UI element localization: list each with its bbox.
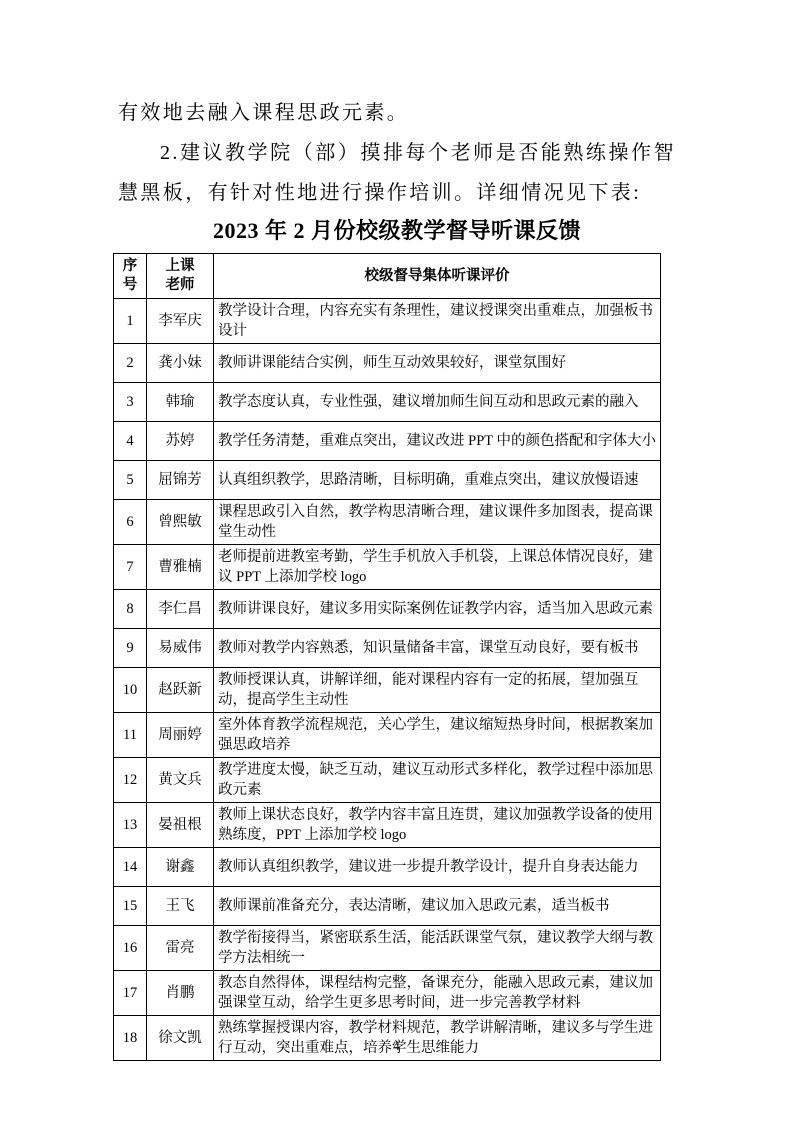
table-row: 9易威伟教师对教学内容熟悉，知识量储备丰富，课堂互动良好，要有板书 <box>114 629 661 668</box>
header-evaluation: 校级督导集体听课评价 <box>214 254 661 299</box>
table-row: 7曹雅楠老师提前进教室考勤，学生手机放入手机袋，上课总体情况良好，建议 PPT … <box>114 545 661 590</box>
table-row: 17肖鹏教态自然得体，课程结构完整，备课充分，能融入思政元素，建议加强课堂互动，… <box>114 971 661 1016</box>
evaluation-cell: 教学进度太慢，缺乏互动，建议互动形式多样化，教学过程中添加思政元素 <box>214 758 661 803</box>
table-row: 13晏祖根教师上课状态良好，教学内容丰富且连贯，建议加强教学设备的使用熟练度，P… <box>114 803 661 848</box>
teacher-name-cell: 雷亮 <box>147 926 214 971</box>
evaluation-cell: 教师上课状态良好，教学内容丰富且连贯，建议加强教学设备的使用熟练度，PPT 上添… <box>214 803 661 848</box>
teacher-name-cell: 晏祖根 <box>147 803 214 848</box>
teacher-name-cell: 龚小妹 <box>147 344 214 383</box>
table-header-row: 序 号 上课 老师 校级督导集体听课评价 <box>114 254 661 299</box>
table-body: 1李军庆教学设计合理，内容充实有条理性，建议授课突出重难点，加强板书设计2龚小妹… <box>114 299 661 1061</box>
header-teacher: 上课 老师 <box>147 254 214 299</box>
evaluation-cell: 认真组织教学，思路清晰，目标明确，重难点突出，建议放慢语速 <box>214 461 661 500</box>
teacher-name-cell: 易威伟 <box>147 629 214 668</box>
teacher-name-cell: 韩瑜 <box>147 383 214 422</box>
teacher-name-cell: 王飞 <box>147 887 214 926</box>
teacher-name-cell: 李仁昌 <box>147 590 214 629</box>
evaluation-cell: 教师授课认真，讲解详细，能对课程内容有一定的拓展，望加强互动，提高学生主动性 <box>214 668 661 713</box>
row-number-cell: 6 <box>114 500 147 545</box>
evaluation-cell: 教学任务清楚，重难点突出，建议改进 PPT 中的颜色搭配和字体大小 <box>214 422 661 461</box>
evaluation-cell: 课程思政引入自然，教学构思清晰合理，建议课件多加图表，提高课堂生动性 <box>214 500 661 545</box>
table-row: 11周丽婷室外体育教学流程规范，关心学生，建议缩短热身时间，根据教案加强思政培养 <box>114 713 661 758</box>
row-number-cell: 5 <box>114 461 147 500</box>
evaluation-cell: 室外体育教学流程规范，关心学生，建议缩短热身时间，根据教案加强思政培养 <box>214 713 661 758</box>
paragraph-continuation: 有效地去融入课程思政元素。 <box>118 93 676 133</box>
table-row: 14谢鑫教师认真组织教学，建议进一步提升教学设计，提升自身表达能力 <box>114 848 661 887</box>
evaluation-cell: 教态自然得体，课程结构完整，备课充分，能融入思政元素，建议加强课堂互动，给学生更… <box>214 971 661 1016</box>
row-number-cell: 10 <box>114 668 147 713</box>
row-number-cell: 17 <box>114 971 147 1016</box>
teacher-name-cell: 周丽婷 <box>147 713 214 758</box>
teacher-name-cell: 曾熙敏 <box>147 500 214 545</box>
row-number-cell: 3 <box>114 383 147 422</box>
paragraph-suggestion-2: 2.建议教学院（部）摸排每个老师是否能熟练操作智慧黑板，有针对性地进行操作培训。… <box>118 133 676 213</box>
evaluation-cell: 教师对教学内容熟悉，知识量储备丰富，课堂互动良好，要有板书 <box>214 629 661 668</box>
row-number-cell: 12 <box>114 758 147 803</box>
row-number-cell: 16 <box>114 926 147 971</box>
row-number-cell: 2 <box>114 344 147 383</box>
evaluation-cell: 教学衔接得当，紧密联系生活，能活跃课堂气氛，建议教学大纲与教学方法相统一 <box>214 926 661 971</box>
header-serial-number: 序 号 <box>114 254 147 299</box>
table-row: 12黄文兵教学进度太慢，缺乏互动，建议互动形式多样化，教学过程中添加思政元素 <box>114 758 661 803</box>
table-row: 1李军庆教学设计合理，内容充实有条理性，建议授课突出重难点，加强板书设计 <box>114 299 661 344</box>
document-body: 有效地去融入课程思政元素。 2.建议教学院（部）摸排每个老师是否能熟练操作智慧黑… <box>118 93 676 1061</box>
table-row: 15王飞教师课前准备充分，表达清晰，建议加入思政元素，适当板书 <box>114 887 661 926</box>
row-number-cell: 13 <box>114 803 147 848</box>
teacher-name-cell: 黄文兵 <box>147 758 214 803</box>
table-row: 16雷亮教学衔接得当，紧密联系生活，能活跃课堂气氛，建议教学大纲与教学方法相统一 <box>114 926 661 971</box>
row-number-cell: 8 <box>114 590 147 629</box>
table-row: 8李仁昌教师讲课良好，建议多用实际案例佐证教学内容，适当加入思政元素 <box>114 590 661 629</box>
document-page: 有效地去融入课程思政元素。 2.建议教学院（部）摸排每个老师是否能熟练操作智慧黑… <box>0 0 793 1122</box>
row-number-cell: 9 <box>114 629 147 668</box>
teacher-name-cell: 肖鹏 <box>147 971 214 1016</box>
table-row: 6曾熙敏课程思政引入自然，教学构思清晰合理，建议课件多加图表，提高课堂生动性 <box>114 500 661 545</box>
row-number-cell: 4 <box>114 422 147 461</box>
row-number-cell: 1 <box>114 299 147 344</box>
teacher-name-cell: 赵跃新 <box>147 668 214 713</box>
teacher-name-cell: 苏婷 <box>147 422 214 461</box>
teacher-name-cell: 曹雅楠 <box>147 545 214 590</box>
teacher-name-cell: 屈锦芳 <box>147 461 214 500</box>
evaluation-cell: 教师课前准备充分，表达清晰，建议加入思政元素，适当板书 <box>214 887 661 926</box>
row-number-cell: 15 <box>114 887 147 926</box>
row-number-cell: 7 <box>114 545 147 590</box>
page-number: 4 <box>0 1038 793 1054</box>
table-row: 10赵跃新教师授课认真，讲解详细，能对课程内容有一定的拓展，望加强互动，提高学生… <box>114 668 661 713</box>
evaluation-cell: 教师讲课良好，建议多用实际案例佐证教学内容，适当加入思政元素 <box>214 590 661 629</box>
evaluation-cell: 教学态度认真，专业性强，建议增加师生间互动和思政元素的融入 <box>214 383 661 422</box>
table-row: 3韩瑜教学态度认真，专业性强，建议增加师生间互动和思政元素的融入 <box>114 383 661 422</box>
row-number-cell: 14 <box>114 848 147 887</box>
table-row: 2龚小妹教师讲课能结合实例，师生互动效果较好，课堂氛围好 <box>114 344 661 383</box>
feedback-table: 序 号 上课 老师 校级督导集体听课评价 1李军庆教学设计合理，内容充实有条理性… <box>113 253 661 1061</box>
evaluation-cell: 教学设计合理，内容充实有条理性，建议授课突出重难点，加强板书设计 <box>214 299 661 344</box>
evaluation-cell: 老师提前进教室考勤，学生手机放入手机袋，上课总体情况良好，建议 PPT 上添加学… <box>214 545 661 590</box>
teacher-name-cell: 李军庆 <box>147 299 214 344</box>
table-title: 2023 年 2 月份校级教学督导听课反馈 <box>118 216 676 246</box>
evaluation-cell: 教师认真组织教学，建议进一步提升教学设计，提升自身表达能力 <box>214 848 661 887</box>
row-number-cell: 11 <box>114 713 147 758</box>
table-row: 4苏婷教学任务清楚，重难点突出，建议改进 PPT 中的颜色搭配和字体大小 <box>114 422 661 461</box>
table-row: 5屈锦芳认真组织教学，思路清晰，目标明确，重难点突出，建议放慢语速 <box>114 461 661 500</box>
evaluation-cell: 教师讲课能结合实例，师生互动效果较好，课堂氛围好 <box>214 344 661 383</box>
teacher-name-cell: 谢鑫 <box>147 848 214 887</box>
